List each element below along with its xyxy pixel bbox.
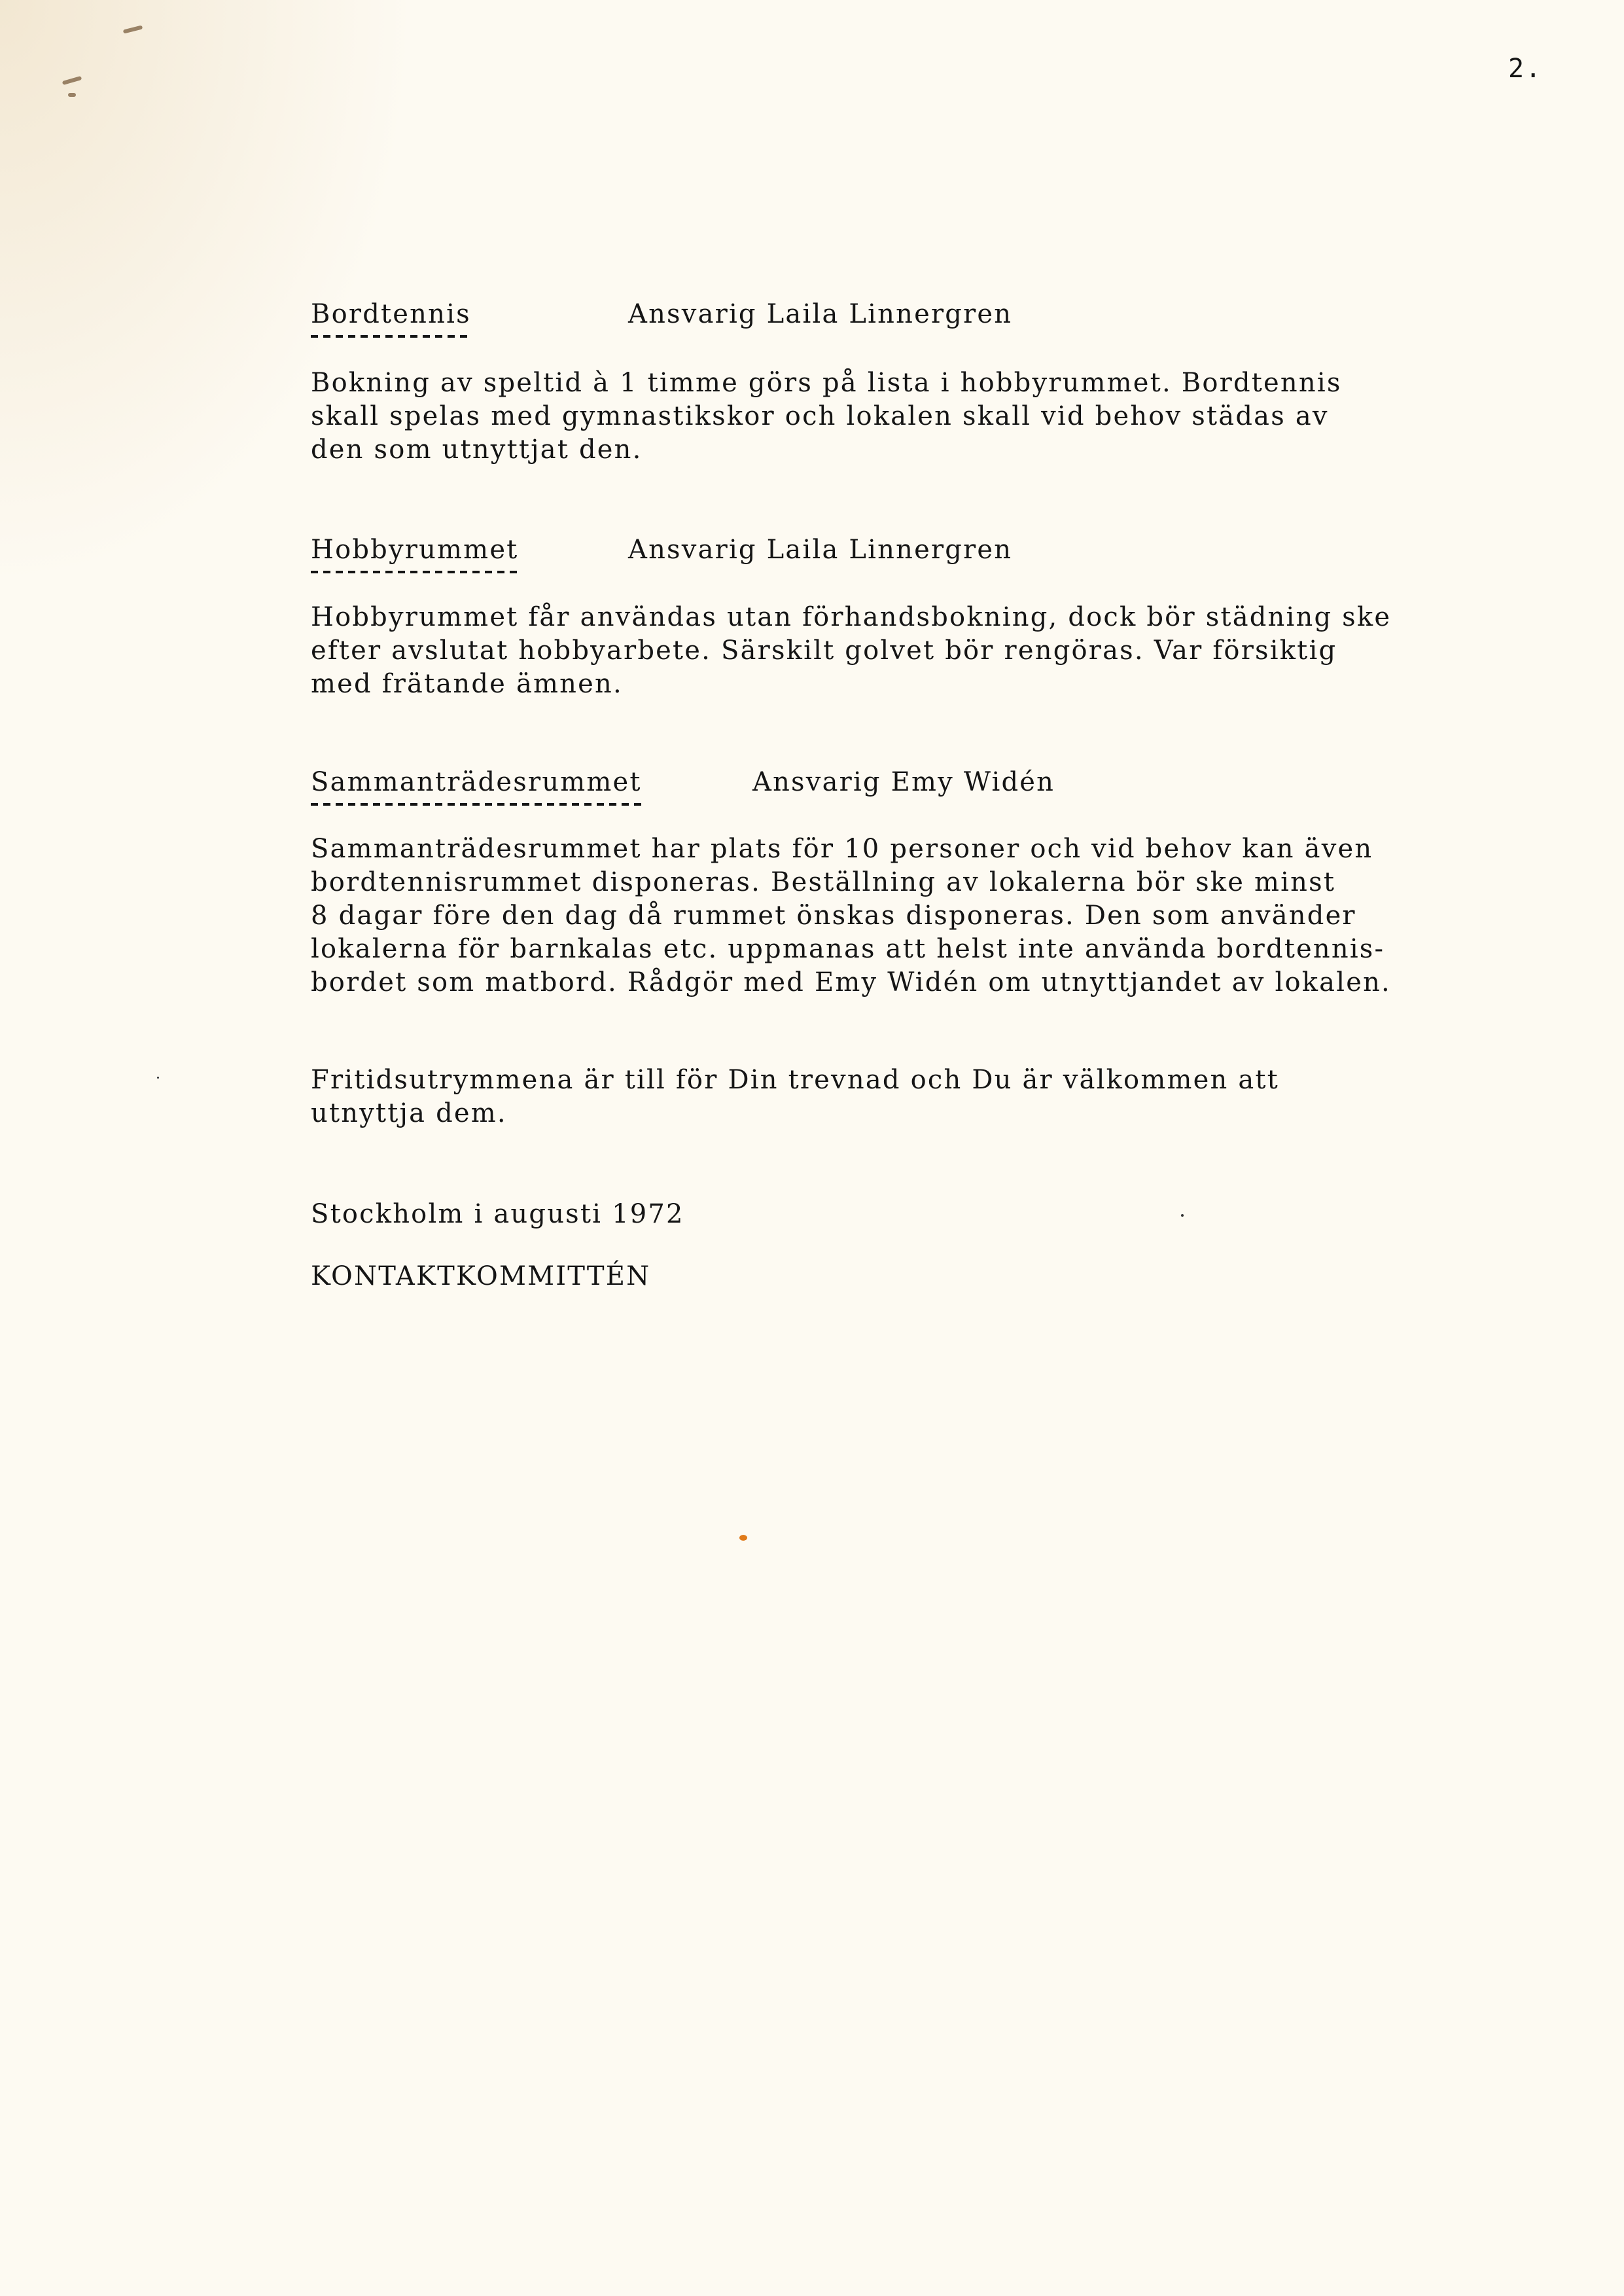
responsible-person: Ansvarig Laila Linnergren (628, 298, 1012, 331)
section-body-sammantradesrummet: Sammanträdesrummet har plats för 10 pers… (311, 833, 1391, 999)
responsible-person: Ansvarig Laila Linnergren (628, 533, 1012, 567)
place-and-date: Stockholm i augusti 1972 (311, 1198, 684, 1231)
dashed-underline (311, 803, 642, 806)
section-body-hobbyrummet: Hobbyrummet får användas utan förhandsbo… (311, 601, 1391, 701)
scan-mark (68, 93, 76, 97)
dashed-underline (311, 571, 518, 573)
scan-mark (123, 25, 143, 33)
paper-speck (157, 1077, 159, 1079)
paper-stain (739, 1535, 747, 1541)
scan-mark (62, 76, 82, 85)
section-title: Sammanträdesrummet (311, 766, 642, 806)
signature: KONTAKTKOMMITTÉN (311, 1260, 650, 1293)
section-title: Hobbyrummet (311, 533, 518, 573)
closing-paragraph: Fritidsutrymmena är till för Din trevnad… (311, 1064, 1279, 1130)
page-number: 2. (1508, 54, 1542, 84)
responsible-person: Ansvarig Emy Widén (752, 766, 1055, 799)
paper-speck (1181, 1214, 1184, 1217)
dashed-underline (311, 335, 471, 338)
section-body-bordtennis: Bokning av speltid à 1 timme görs på lis… (311, 367, 1342, 467)
document-page: 2. Bordtennis Ansvarig Laila Linnergren … (0, 0, 1624, 2296)
section-title: Bordtennis (311, 298, 471, 338)
